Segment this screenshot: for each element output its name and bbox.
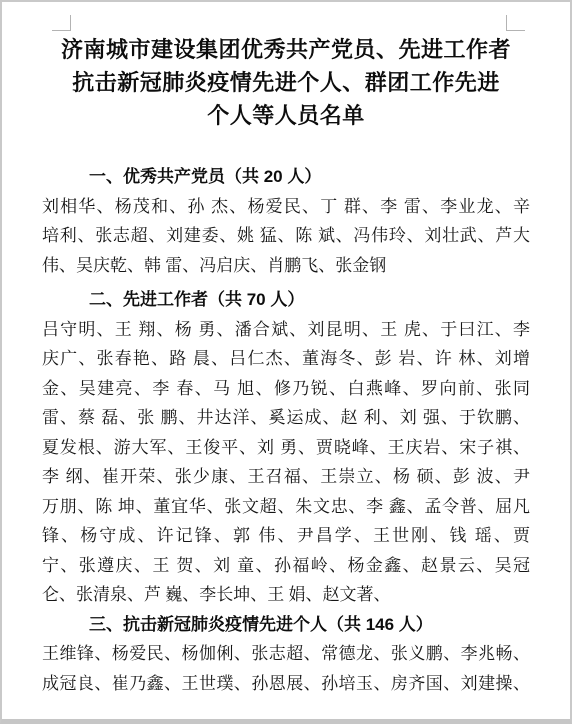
section-3-name-line-1: 王维锋、杨爱民、杨伽俐、张志超、常德龙、张义鹏、李兆畅、	[42, 639, 530, 669]
section-2-name-line-5: 夏发根、游大军、王俊平、刘 勇、贾晓峰、王庆岩、宋子祺、	[42, 433, 530, 463]
section-2-name-line-9: 宁、张遵庆、王 贺、刘 童、孙福岭、杨金鑫、赵景云、吴冠	[42, 551, 530, 581]
document-title-line-3: 个人等人员名单	[42, 99, 530, 132]
section-2-heading: 二、先进工作者（共 70 人）	[42, 285, 530, 315]
section-2-name-line-1: 吕守明、王 翔、杨 勇、潘合斌、刘昆明、王 虎、于曰江、李	[42, 315, 530, 345]
section-2-name-line-10: 仑、张清泉、芦 巍、李长坤、王 娟、赵文著、	[42, 580, 530, 610]
section-3-name-line-2: 成冠良、崔乃鑫、王世璞、孙恩展、孙培玉、房齐国、刘建操、	[42, 669, 530, 699]
section-2-name-line-3: 金、吴建亮、李 春、马 旭、修乃锐、白燕峰、罗向前、张同	[42, 374, 530, 404]
document-title-line-2: 抗击新冠肺炎疫情先进个人、群团工作先进	[42, 66, 530, 99]
document-title: 济南城市建设集团优秀共产党员、先进工作者 抗击新冠肺炎疫情先进个人、群团工作先进…	[42, 33, 530, 132]
section-2-name-line-6: 李 纲、崔开荣、张少康、王召福、王崇立、杨 硕、彭 波、尹	[42, 462, 530, 492]
section-1-name-line-2: 培利、张志超、刘建委、姚 猛、陈 斌、冯伟玲、刘壮武、芦大	[42, 221, 530, 251]
section-2-name-line-7: 万朋、陈 坤、董宜华、张文超、朱文忠、李 鑫、孟令普、屈凡	[42, 492, 530, 522]
section-1-name-line-3: 伟、吴庆乾、韩 雷、冯启庆、肖鹏飞、张金钢	[42, 251, 530, 281]
section-1-heading: 一、优秀共产党员（共 20 人）	[42, 162, 530, 192]
section-1-name-line-1: 刘相华、杨茂和、孙 杰、杨爱民、丁 群、李 雷、李业龙、辛	[42, 192, 530, 222]
section-3-heading: 三、抗击新冠肺炎疫情先进个人（共 146 人）	[42, 610, 530, 640]
document-page: 济南城市建设集团优秀共产党员、先进工作者 抗击新冠肺炎疫情先进个人、群团工作先进…	[0, 0, 572, 724]
document-body: 一、优秀共产党员（共 20 人） 刘相华、杨茂和、孙 杰、杨爱民、丁 群、李 雷…	[42, 162, 530, 698]
section-2-name-line-4: 雷、蔡 磊、张 鹏、井达洋、奚运成、赵 利、刘 强、于钦鹏、	[42, 403, 530, 433]
section-2-name-line-2: 庆广、张春艳、路 晨、吕仁杰、董海冬、彭 岩、许 林、刘增	[42, 344, 530, 374]
document-title-line-1: 济南城市建设集团优秀共产党员、先进工作者	[42, 33, 530, 66]
section-2-name-line-8: 锋、杨守成、许记锋、郭 伟、尹昌学、王世刚、钱 瑶、贾	[42, 521, 530, 551]
text-boundary-mark-top-left	[52, 15, 71, 31]
text-boundary-mark-top-right	[506, 15, 525, 31]
